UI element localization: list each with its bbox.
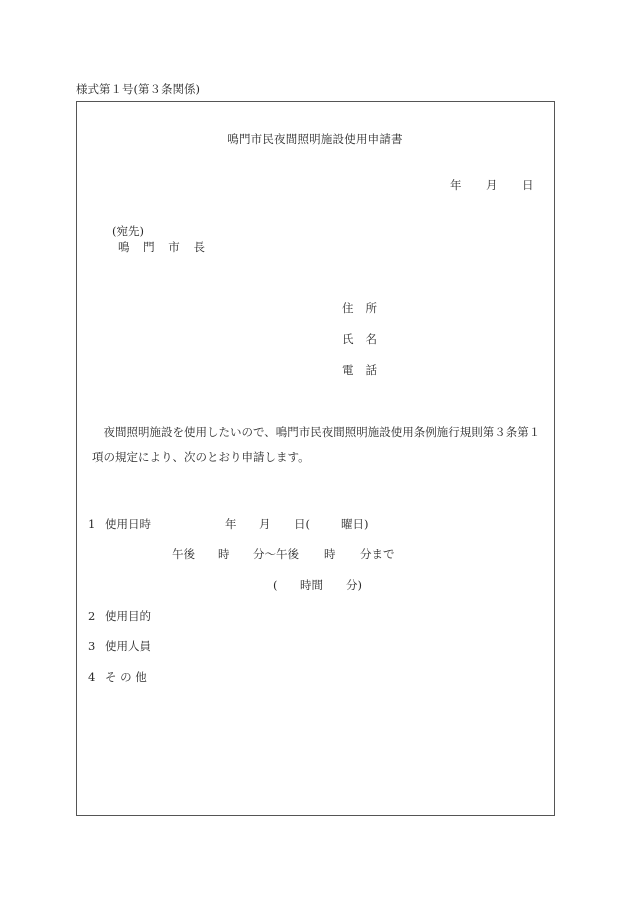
item-number: 2 bbox=[88, 611, 105, 623]
item-label: 使用人員 bbox=[105, 639, 151, 653]
item-number: 4 bbox=[88, 672, 105, 684]
duration-hours-field[interactable]: 時間 bbox=[300, 580, 323, 592]
start-period-label: 午後 bbox=[172, 549, 195, 561]
document-title: 鳴門市民夜間照明施設使用申請書 bbox=[0, 134, 630, 146]
start-minute-field[interactable]: 分〜午後 bbox=[253, 549, 299, 561]
request-statement-line-2: 項の規定により、次のとおり申請します。 bbox=[92, 452, 310, 464]
duration-open-paren: ( bbox=[273, 580, 278, 592]
date-month-field[interactable]: 月 bbox=[486, 180, 498, 192]
usage-duration-fields: ( 時間 分) bbox=[0, 580, 630, 594]
applicant-address-field[interactable]: 住所 bbox=[342, 303, 389, 315]
usage-date-fields: 年 月 日( 曜日) bbox=[0, 519, 630, 533]
addressee-label: (宛先) bbox=[112, 226, 144, 238]
usage-month-field[interactable]: 月 bbox=[259, 519, 271, 531]
end-hour-field[interactable]: 時 bbox=[324, 549, 336, 561]
end-minute-field[interactable]: 分まで bbox=[360, 549, 395, 561]
item-label: そ の 他 bbox=[105, 670, 147, 684]
usage-time-fields: 午後 時 分〜午後 時 分まで bbox=[0, 549, 630, 563]
form-number-label: 様式第１号(第３条関係) bbox=[76, 84, 200, 96]
date-day-field[interactable]: 日 bbox=[522, 180, 534, 192]
item-other[interactable]: 4そ の 他 bbox=[88, 672, 147, 684]
date-year-field[interactable]: 年 bbox=[450, 180, 462, 192]
request-statement-line-1: 夜間照明施設を使用したいので、鳴門市民夜間照明施設使用条例施行規則第３条第１ bbox=[92, 427, 540, 439]
usage-weekday-field[interactable]: 曜日) bbox=[341, 519, 369, 531]
start-hour-field[interactable]: 時 bbox=[218, 549, 230, 561]
application-date-row: 年 月 日 bbox=[0, 180, 630, 194]
applicant-name-field[interactable]: 氏名 bbox=[342, 334, 389, 346]
duration-minutes-field[interactable]: 分) bbox=[346, 580, 362, 592]
usage-year-field[interactable]: 年 bbox=[225, 519, 237, 531]
applicant-phone-field[interactable]: 電話 bbox=[342, 365, 389, 377]
usage-day-field[interactable]: 日( bbox=[294, 519, 310, 531]
item-usage-purpose[interactable]: 2使用目的 bbox=[88, 611, 151, 623]
item-number-of-users[interactable]: 3使用人員 bbox=[88, 641, 151, 653]
item-number: 3 bbox=[88, 641, 105, 653]
item-label: 使用目的 bbox=[105, 609, 151, 623]
addressee-name: 鳴 門 市 長 bbox=[118, 242, 210, 254]
